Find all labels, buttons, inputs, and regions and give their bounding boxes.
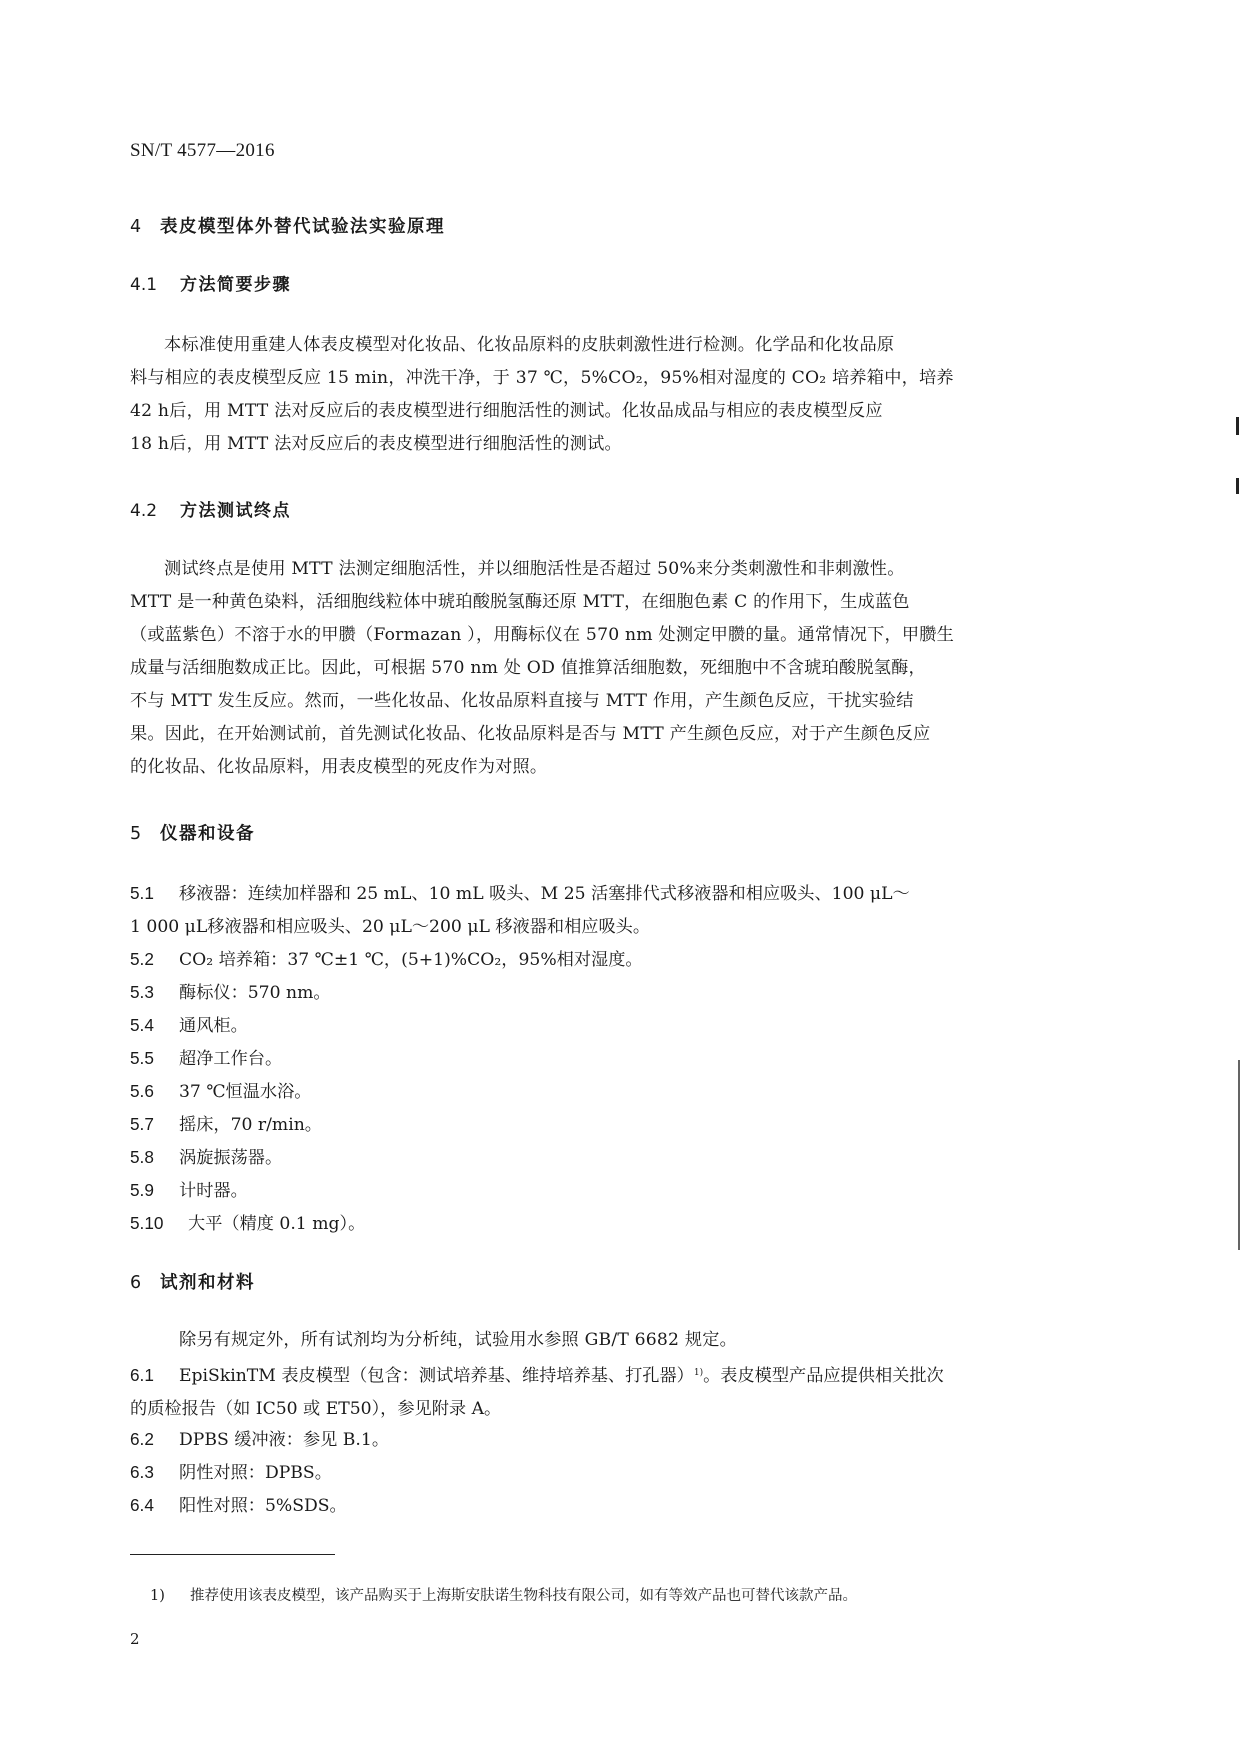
section-4-1-paragraph: 本标准使用重建人体表皮模型对化妆品、化妆品原料的皮肤刺激性进行检测。化学品和化妆… [130, 329, 1098, 461]
item-text: EpiSkinTM 表皮模型（包含：测试培养基、维持培养基、打孔器） [179, 1366, 694, 1386]
list-item-5-6: 5.637 ℃恒温水浴。 [130, 1075, 312, 1109]
item-text: 计时器。 [179, 1181, 248, 1201]
list-item-6-3: 6.3阴性对照：DPBS。 [130, 1456, 332, 1490]
item-number: 5.6 [130, 1075, 179, 1108]
section-6-heading: 6试剂和材料 [130, 1269, 255, 1294]
item-number: 6.2 [130, 1423, 179, 1456]
page-number: 2 [130, 1630, 140, 1648]
item-number: 5.7 [130, 1108, 179, 1141]
section-number: 4 [130, 217, 160, 237]
item-number: 5.5 [130, 1042, 179, 1075]
section-4-heading: 4表皮模型体外替代试验法实验原理 [130, 213, 445, 238]
item-number: 5.3 [130, 976, 179, 1009]
section-4-1-heading: 4.1方法简要步骤 [130, 270, 291, 295]
list-item-5-9: 5.9计时器。 [130, 1174, 248, 1208]
list-item-6-4: 6.4阳性对照：5%SDS。 [130, 1489, 347, 1523]
text-line: 料与相应的表皮模型反应 15 min，冲洗干净，于 37 ℃，5%CO₂，95%… [130, 362, 1098, 395]
text-line: 测试终点是使用 MTT 法测定细胞活性，并以细胞活性是否超过 50%来分类刺激性… [130, 553, 1098, 586]
item-number: 5.1 [130, 877, 179, 910]
text-line: 42 h后，用 MTT 法对反应后的表皮模型进行细胞活性的测试。化妆品成品与相应… [130, 395, 1098, 428]
item-text: CO₂ 培养箱：37 ℃±1 ℃，(5+1)%CO₂，95%相对湿度。 [179, 950, 643, 970]
list-item-5-7: 5.7摇床，70 r/min。 [130, 1108, 322, 1142]
text-line: 成量与活细胞数成正比。因此，可根据 570 nm 处 OD 值推算活细胞数，死细… [130, 652, 1098, 685]
list-item-5-3: 5.3酶标仪：570 nm。 [130, 976, 331, 1010]
item-text: 的质检报告（如 IC50 或 ET50），参见附录 A。 [130, 1393, 1098, 1426]
text-line: 不与 MTT 发生反应。然而，一些化妆品、化妆品原料直接与 MTT 作用，产生颜… [130, 685, 1098, 718]
item-text: 通风柜。 [179, 1016, 248, 1036]
text-line: 本标准使用重建人体表皮模型对化妆品、化妆品原料的皮肤刺激性进行检测。化学品和化妆… [130, 329, 1098, 362]
item-text: 阳性对照：5%SDS。 [179, 1496, 347, 1516]
text-line: 除另有规定外，所有试剂均为分析纯，试验用水参照 GB/T 6682 规定。 [130, 1324, 1098, 1357]
section-number: 6 [130, 1273, 160, 1293]
section-number: 4.2 [130, 501, 180, 521]
item-text: 涡旋振荡器。 [179, 1148, 282, 1168]
footnote-divider [130, 1554, 335, 1555]
list-item-5-8: 5.8涡旋振荡器。 [130, 1141, 282, 1175]
item-text: DPBS 缓冲液：参见 B.1。 [179, 1430, 389, 1450]
scan-edge-line [1238, 1060, 1240, 1250]
footnote-reference[interactable]: 1) [694, 1368, 703, 1378]
item-number: 6.1 [130, 1359, 179, 1392]
item-text: 移液器：连续加样器和 25 mL、10 mL 吸头、M 25 活塞排代式移液器和… [179, 884, 910, 904]
section-4-2-heading: 4.2方法测试终点 [130, 496, 291, 521]
section-title: 试剂和材料 [160, 1273, 255, 1293]
list-item-5-10: 5.10大平（精度 0.1 mg）。 [130, 1207, 365, 1241]
item-number: 6.4 [130, 1489, 179, 1522]
section-title: 仪器和设备 [160, 824, 255, 844]
item-text: 酶标仪：570 nm。 [179, 983, 331, 1003]
section-6-intro: 除另有规定外，所有试剂均为分析纯，试验用水参照 GB/T 6682 规定。 [130, 1324, 1098, 1357]
standard-code: SN/T 4577—2016 [130, 140, 275, 162]
text-line: MTT 是一种黄色染料，活细胞线粒体中琥珀酸脱氢酶还原 MTT，在细胞色素 C … [130, 586, 1098, 619]
scan-edge-mark [1236, 478, 1239, 494]
item-text: 37 ℃恒温水浴。 [179, 1082, 312, 1102]
section-number: 4.1 [130, 275, 180, 295]
list-item-5-1: 5.1移液器：连续加样器和 25 mL、10 mL 吸头、M 25 活塞排代式移… [130, 877, 1098, 944]
section-5-heading: 5仪器和设备 [130, 820, 255, 845]
item-text: 阴性对照：DPBS。 [179, 1463, 332, 1483]
list-item-6-2: 6.2DPBS 缓冲液：参见 B.1。 [130, 1423, 389, 1457]
item-text: 超净工作台。 [179, 1049, 282, 1069]
item-text: 大平（精度 0.1 mg）。 [188, 1214, 365, 1234]
text-line: 的化妆品、化妆品原料，用表皮模型的死皮作为对照。 [130, 751, 1098, 784]
item-number: 5.8 [130, 1141, 179, 1174]
item-number: 6.3 [130, 1456, 179, 1489]
item-number: 5.10 [130, 1207, 188, 1240]
item-number: 5.4 [130, 1009, 179, 1042]
list-item-5-4: 5.4通风柜。 [130, 1009, 248, 1043]
item-number: 5.2 [130, 943, 179, 976]
section-title: 方法简要步骤 [180, 275, 291, 295]
list-item-5-5: 5.5超净工作台。 [130, 1042, 282, 1076]
footnote-text: 推荐使用该表皮模型，该产品购买于上海斯安肤诺生物科技有限公司，如有等效产品也可替… [190, 1588, 857, 1604]
list-item-5-2: 5.2CO₂ 培养箱：37 ℃±1 ℃，(5+1)%CO₂，95%相对湿度。 [130, 943, 643, 977]
item-text: 。表皮模型产品应提供相关批次 [703, 1366, 944, 1386]
item-text: 1 000 μL移液器和相应吸头、20 μL～200 μL 移液器和相应吸头。 [130, 911, 1098, 944]
item-text: 摇床，70 r/min。 [179, 1115, 322, 1135]
section-number: 5 [130, 824, 160, 844]
scan-edge-mark [1236, 417, 1239, 435]
section-4-2-paragraph: 测试终点是使用 MTT 法测定细胞活性，并以细胞活性是否超过 50%来分类刺激性… [130, 553, 1098, 784]
section-title: 表皮模型体外替代试验法实验原理 [160, 217, 445, 237]
text-line: 果。因此，在开始测试前，首先测试化妆品、化妆品原料是否与 MTT 产生颜色反应，… [130, 718, 1098, 751]
footnote-mark: 1) [150, 1588, 190, 1604]
item-number: 5.9 [130, 1174, 179, 1207]
section-title: 方法测试终点 [180, 501, 291, 521]
text-line: （或蓝紫色）不溶于水的甲臜（Formazan ），用酶标仪在 570 nm 处测… [130, 619, 1098, 652]
footnote: 1)推荐使用该表皮模型，该产品购买于上海斯安肤诺生物科技有限公司，如有等效产品也… [150, 1584, 857, 1605]
list-item-6-1: 6.1EpiSkinTM 表皮模型（包含：测试培养基、维持培养基、打孔器）1)。… [130, 1357, 1098, 1426]
text-line: 18 h后，用 MTT 法对反应后的表皮模型进行细胞活性的测试。 [130, 428, 1098, 461]
